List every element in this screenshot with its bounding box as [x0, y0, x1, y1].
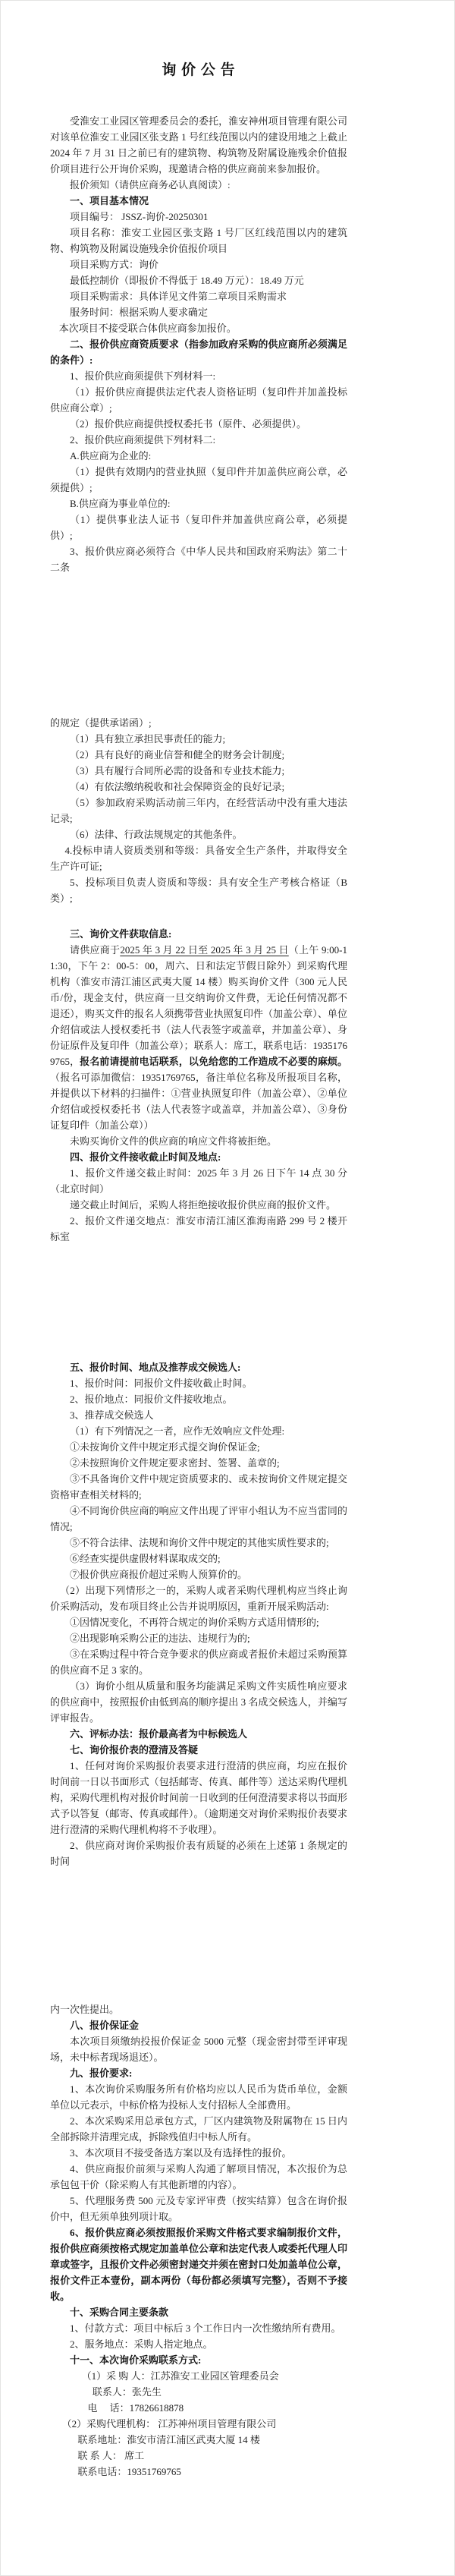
paragraph: ③不具备询价文件中规定资质要求的、或未按询价文件规定提交资格审查相关材料的; — [50, 1471, 347, 1503]
section-heading: 三、询价文件获取信息: — [50, 926, 347, 942]
paragraph: 3、推荐成交候选人 — [50, 1407, 347, 1423]
section-heading: 十、采购合同主要条款 — [50, 2304, 347, 2320]
paragraph: 2、报价地点：同报价文件接收地点。 — [50, 1391, 347, 1407]
paragraph: 项目编号： JSSZ-询价-20250301 — [50, 209, 347, 225]
section-heading: 二、报价供应商资质要求（指参加政府采购的供应商所必须满足的条件）: — [50, 336, 347, 368]
paragraph: 1、报价时间：同报价文件接收截止时间。 — [50, 1375, 347, 1391]
paragraph: （2）出现下列情形之一的，采购人或者采购代理机构应当终止询价采购活动，发布项目终… — [50, 1582, 347, 1614]
paragraph: ④不同询价供应商的响应文件出现了评审小组认为不应当雷同的情况; — [50, 1503, 347, 1535]
paragraph: 递交截止时间后，采购人将拒绝接收报价供应商的报价文件。 — [50, 1197, 347, 1213]
paragraph: （3）询价小组从质量和服务均能满足采购文件实质性响应要求的供应商中，按照报价由低… — [50, 1678, 347, 1726]
paragraph: （1）有下列情况之一者，应作无效响应文件处理: — [50, 1423, 347, 1439]
document-title: 询 价 公 告 — [50, 61, 347, 80]
paragraph-spacer — [50, 906, 347, 926]
paragraph: 本次项目不接受联合体供应商参加报价。 — [50, 320, 347, 336]
paragraph: 2、本次采购采用总承包方式，厂区内建筑物及附属物在 15 日内全部拆除并清理完成… — [50, 2113, 347, 2145]
run-text: （报名可添加微信：19351769765，备注单位名称及所报项目名称，并提供以下… — [50, 1072, 347, 1131]
paragraph: （1）报价供应商提供法定代表人资格证明（复印件并加盖投标供应商公章）; — [50, 384, 347, 416]
paragraph: ②出现影响采购公正的违法、违规行为的; — [50, 1630, 347, 1646]
paragraph: 1、本次询价采购服务所有价格均应以人民币为货币单位，金额单位以元表示，中标价格为… — [50, 2081, 347, 2113]
paragraph: 最低控制价（即报价不得低于 18.49 万元）：18.49 万元 — [50, 272, 347, 288]
paragraph: 请供应商于2025 年 3 月 22 日至 2025 年 3 月 25 日（上午… — [50, 942, 347, 1133]
page-4: 内一次性提出。八、报价保证金本次项目须缴纳投报价保证金 5000 元整（现金密封… — [0, 1932, 455, 2576]
paragraph: 3、本次项目不接受备选方案以及有选择性的报价。 — [50, 2145, 347, 2161]
paragraph: ①未按询价文件中规定形式提交询价保证金; — [50, 1439, 347, 1455]
paragraph: 5、代理服务费 500 元及专家评审费（按实结算）包含在询价报价中，但无须单独列… — [50, 2193, 347, 2225]
paragraph: 5、投标项目负责人资质和等级：具有安全生产考核合格证（B 类）; — [50, 874, 347, 906]
paragraph: 1、报价文件递交截止时间：2025 年 3 月 26 日下午 14 点 30 分… — [50, 1165, 347, 1197]
section-heading: 六、评标办法：报价最高者为中标候选人 — [50, 1726, 347, 1742]
underlined-text: 2025 年 3 月 22 日至 2025 年 3 月 25 日 — [120, 944, 288, 956]
paragraph: 项目名称：淮安工业园区张支路 1 号厂区红线范围以内的建筑物、构筑物及附属设施残… — [50, 225, 347, 257]
paragraph: 项目采购方式：询价 — [50, 257, 347, 272]
paragraph: ②未按照询价文件规定要求密封、签署、盖章的; — [50, 1455, 347, 1471]
paragraph: ⑦报价供应商报价超过采购人预算价的。 — [50, 1567, 347, 1582]
paragraph: 联系电话：19351769765 — [50, 2464, 347, 2480]
run-text: （上午 9:00-11:30，下午 2：00-5：00，周六、日和法定节假日除外… — [50, 944, 347, 1067]
paragraph: A.供应商为企业的: — [50, 448, 347, 464]
paragraph: 4.投标申请人资质类别和等级：具备安全生产条件，并取得安全生产许可证; — [50, 842, 347, 874]
paragraph: 2、服务地点：采购人指定地点。 — [50, 2336, 347, 2352]
document-canvas: 询 价 公 告受淮安工业园区管理委员会的委托，淮安神州项目管理有限公司对该单位淮… — [0, 0, 455, 2576]
paragraph: ⑤不符合法律、法规和询价文件中规定的其他实质性要求的; — [50, 1535, 347, 1551]
paragraph: ①因情况变化，不再符合规定的询价采购方式适用情形的; — [50, 1614, 347, 1630]
paragraph: （4）有依法缴纳税收和社会保障资金的良好记录; — [50, 779, 347, 795]
page-3: 五、报价时间、地点及推荐成交候选人:1、报价时间：同报价文件接收截止时间。2、报… — [0, 1288, 455, 1932]
paragraph: （1）提供有效期内的营业执照（复印件并加盖供应商公章，必须提供）; — [50, 464, 347, 496]
section-heading: 四、报价文件接收截止时间及地点: — [50, 1149, 347, 1165]
paragraph: （2）具有良好的商业信誉和健全的财务会计制度; — [50, 747, 347, 763]
paragraph: 2、供应商对询价采购报价表有质疑的必须在上述第 1 条规定的时间 — [50, 1838, 347, 1869]
paragraph: （3）具有履行合同所必需的设备和专业技术能力; — [50, 763, 347, 779]
paragraph: （1）采 购 人：江苏淮安工业园区管理委员会 — [50, 2368, 347, 2384]
section-heading: 七、询价报价表的澄清及答疑 — [50, 1742, 347, 1758]
paragraph: ③在采购过程中符合竞争要求的供应商或者报价未超过采购预算的供应商不足 3 家的。 — [50, 1646, 347, 1678]
page-2-body: 的规定（提供承诺函）;（1）具有独立承担民事责任的能力;（2）具有良好的商业信誉… — [50, 715, 347, 1245]
page-3-body: 五、报价时间、地点及推荐成交候选人:1、报价时间：同报价文件接收截止时间。2、报… — [50, 1359, 347, 1869]
paragraph: 报价须知（请供应商务必认真阅读）: — [50, 177, 347, 193]
paragraph: （5）参加政府采购活动前三年内，在经营活动中没有重大违法记录; — [50, 795, 347, 827]
paragraph: 未购买询价文件的供应商的响应文件将被拒绝。 — [50, 1133, 347, 1149]
paragraph: 2、报价文件递交地点：淮安市清江浦区淮海南路 299 号 2 楼开标室 — [50, 1213, 347, 1245]
paragraph: 项目采购需求：具体详见文件第二章项目采购需求 — [50, 288, 347, 304]
paragraph: （2）采购代理机构： 江苏神州项目管理有限公司 — [50, 2416, 347, 2432]
paragraph: 内一次性提出。 — [50, 2001, 347, 2017]
paragraph: （1）具有独立承担民事责任的能力; — [50, 731, 347, 747]
paragraph: 联系地址：淮安市清江浦区武夷大厦 14 楼 — [50, 2432, 347, 2448]
run-text: 请供应商于 — [70, 944, 120, 956]
page-1-body: 询 价 公 告受淮安工业园区管理委员会的委托，淮安神州项目管理有限公司对该单位淮… — [50, 61, 347, 575]
paragraph: 3、报价供应商必须符合《中华人民共和国政府采购法》第二十二条 — [50, 543, 347, 575]
paragraph: 联 系 人： 席工 — [50, 2448, 347, 2464]
page-1: 询 价 公 告受淮安工业园区管理委员会的委托，淮安神州项目管理有限公司对该单位淮… — [0, 0, 455, 644]
paragraph: 电 话：17826618878 — [50, 2400, 347, 2416]
paragraph: 本次项目须缴纳投报价保证金 5000 元整（现金密封带至评审现场，未中标者现场退… — [50, 2033, 347, 2065]
paragraph: 6、报价供应商必须按照报价采购文件格式要求编制报价文件，报价供应商须按格式规定加… — [50, 2225, 347, 2304]
paragraph: 受淮安工业园区管理委员会的委托，淮安神州项目管理有限公司对该单位淮安工业园区张支… — [50, 113, 347, 177]
paragraph: ⑥经查实提供虚假材料谋取成交的; — [50, 1551, 347, 1567]
paragraph: 4、供应商报价前须与采购人沟通了解项目情况，本次报价为总承包包干价（除采购人有其… — [50, 2161, 347, 2193]
paragraph: 1、报价供应商须提供下列材料一: — [50, 368, 347, 384]
section-heading: 十一、本次询价采购联系方式: — [50, 2352, 347, 2368]
section-heading: 九、报价要求: — [50, 2065, 347, 2081]
paragraph: B.供应商为事业单位的: — [50, 496, 347, 512]
paragraph: 2、报价供应商须提供下列材料二: — [50, 432, 347, 448]
paragraph: 服务时间：根据采购人要求确定 — [50, 304, 347, 320]
paragraph: 1、任何对询价采购报价表要求进行澄清的供应商，均应在报价时间前一日以书面形式（包… — [50, 1758, 347, 1838]
section-heading: 八、报价保证金 — [50, 2017, 347, 2033]
section-heading: 一、项目基本情况 — [50, 193, 347, 209]
paragraph: （1）提供事业法人证书（复印件并加盖供应商公章，必须提供）; — [50, 512, 347, 543]
paragraph: 1、付款方式：项目中标后 3 个工作日内一次性缴纳所有费用。 — [50, 2320, 347, 2336]
page-4-body: 内一次性提出。八、报价保证金本次项目须缴纳投报价保证金 5000 元整（现金密封… — [50, 2001, 347, 2480]
paragraph: （2）报价供应商提供授权委托书（原件、必须提供）。 — [50, 416, 347, 432]
section-heading: 五、报价时间、地点及推荐成交候选人: — [50, 1359, 347, 1375]
paragraph: （6）法律、行政法规规定的其他条件。 — [50, 827, 347, 842]
paragraph: 联系人：张先生 — [50, 2384, 347, 2400]
bold-emphasis-text: 报名前请提前电话联系，以免给您的工作造成不必要的麻烦。 — [80, 1056, 347, 1067]
page-2: 的规定（提供承诺函）;（1）具有独立承担民事责任的能力;（2）具有良好的商业信誉… — [0, 644, 455, 1288]
paragraph: 的规定（提供承诺函）; — [50, 715, 347, 731]
